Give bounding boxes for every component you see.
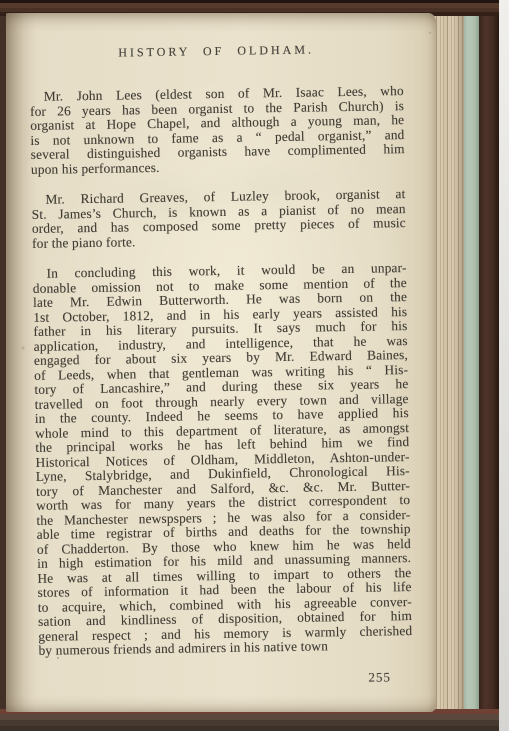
- book-page: HISTORY OF OLDHAM. Mr. John Lees (eldest…: [6, 13, 436, 712]
- book-photo: HISTORY OF OLDHAM. Mr. John Lees (eldest…: [0, 0, 509, 731]
- paragraph: Mr. Richard Greaves, of Luzley brook, or…: [31, 187, 406, 251]
- page-content: HISTORY OF OLDHAM. Mr. John Lees (eldest…: [29, 41, 413, 690]
- paragraph: In concluding this work, it would be an …: [32, 261, 412, 658]
- endpaper-edge: [463, 12, 479, 715]
- book-cover-bottom-edge: [0, 709, 499, 731]
- running-header: HISTORY OF OLDHAM.: [29, 41, 403, 62]
- text-block: Mr. John Lees (eldest son of Mr. Isaac L…: [30, 84, 413, 658]
- paragraph: Mr. John Lees (eldest son of Mr. Isaac L…: [30, 84, 405, 177]
- text-line: by numerous friends and admirers in his …: [38, 638, 412, 658]
- page-number: 255: [39, 668, 413, 690]
- book-cover-right-edge: [478, 2, 499, 729]
